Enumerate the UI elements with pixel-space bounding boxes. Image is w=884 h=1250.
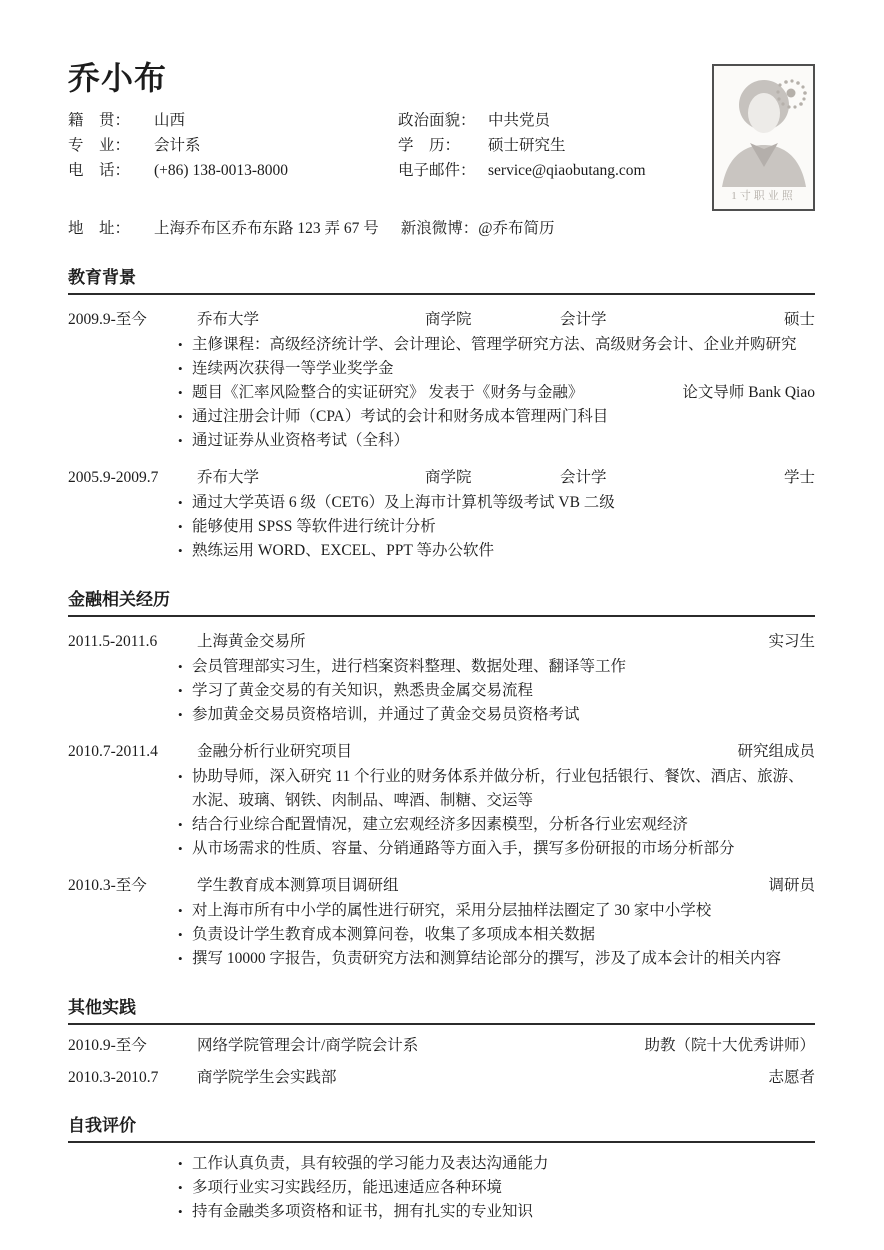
entry-role: 志愿者 xyxy=(768,1066,815,1089)
entry-header-row: 2010.7-2011.4金融分析行业研究项目研究组成员 xyxy=(68,740,815,763)
entry-column: 乔布大学 xyxy=(197,466,425,489)
bullet-text: 题目《汇率风险整合的实证研究》 发表于《财务与金融》 xyxy=(192,381,666,405)
entry-header-row: 2010.3-至今学生教育成本测算项目调研组调研员 xyxy=(68,874,815,897)
entry-column: 商学院 xyxy=(425,466,560,489)
entry-column: 会计学 xyxy=(560,308,784,331)
entry: 2010.3-2010.7商学院学生会实践部志愿者 xyxy=(68,1066,815,1089)
bullet-icon: • xyxy=(178,947,192,971)
entry-date: 2011.5-2011.6 xyxy=(68,630,197,653)
section-self-evaluation: 自我评价•工作认真负责，具有较强的学习能力及表达沟通能力•多项行业实习实践经历，… xyxy=(68,1115,815,1224)
info-row-email: 电子邮件： service@qiaobutang.com xyxy=(398,158,708,183)
field-label: 电子邮件： xyxy=(398,158,488,183)
bullet-item: •工作认真负责，具有较强的学习能力及表达沟通能力 xyxy=(178,1152,815,1176)
bullet-item: •对上海市所有中小学的属性进行研究，采用分层抽样法圈定了 30 家中小学校 xyxy=(178,899,815,923)
bullet-item: •主修课程：高级经济统计学、会计理论、管理学研究方法、高级财务会计、企业并购研究 xyxy=(178,333,815,357)
bullet-text: 协助导师，深入研究 11 个行业的财务体系并做分析，行业包括银行、餐饮、酒店、旅… xyxy=(192,765,815,813)
bullet-text: 持有金融类多项资格和证书，拥有扎实的专业知识 xyxy=(192,1200,815,1224)
bullet-item: •学习了黄金交易的有关知识，熟悉贵金属交易流程 xyxy=(178,679,815,703)
bullet-text: 参加黄金交易员资格培训，并通过了黄金交易员资格考试 xyxy=(192,703,815,727)
bullet-item: •会员管理部实习生，进行档案资料整理、数据处理、翻译等工作 xyxy=(178,655,815,679)
entry: 2010.7-2011.4金融分析行业研究项目研究组成员•协助导师，深入研究 1… xyxy=(68,740,815,861)
contact-info-right: 政治面貌： 中共党员 学 历： 硕士研究生 电子邮件： service@qiao… xyxy=(398,108,708,183)
bullet-icon: • xyxy=(178,1152,192,1176)
entry-header-row: 2009.9-至今乔布大学商学院会计学硕士 xyxy=(68,308,815,331)
bullet-icon: • xyxy=(178,491,192,515)
field-value: 硕士研究生 xyxy=(488,133,566,158)
field-value: 中共党员 xyxy=(488,108,550,133)
section-title: 金融相关经历 xyxy=(68,589,815,617)
bullet-icon: • xyxy=(178,333,192,357)
contact-info: 籍 贯： 山西 专 业： 会计系 电 话： (+86) 138-0013-800… xyxy=(68,108,708,183)
bullet-item: •从市场需求的性质、容量、分销通路等方面入手，撰写多份研报的市场分析部分 xyxy=(178,837,815,861)
bullet-item: •题目《汇率风险整合的实证研究》 发表于《财务与金融》论文导师 Bank Qia… xyxy=(178,381,815,405)
entry-role: 实习生 xyxy=(768,630,815,653)
field-value: @乔布简历 xyxy=(478,216,554,241)
entry-role: 研究组成员 xyxy=(737,740,815,763)
entry-date: 2010.3-2010.7 xyxy=(68,1066,197,1089)
entry-role: 调研员 xyxy=(768,874,815,897)
field-value: 上海乔布区乔布东路 123 弄 67 号 xyxy=(154,216,379,241)
bullet-list: •协助导师，深入研究 11 个行业的财务体系并做分析，行业包括银行、餐饮、酒店、… xyxy=(178,765,815,861)
entry-role: 学士 xyxy=(784,466,815,489)
bullet-icon: • xyxy=(178,357,192,381)
field-label: 地 址： xyxy=(68,216,154,241)
bullet-text: 会员管理部实习生，进行档案资料整理、数据处理、翻译等工作 xyxy=(192,655,815,679)
entry-header-row: 2010.3-2010.7商学院学生会实践部志愿者 xyxy=(68,1066,815,1089)
bullet-list: •通过大学英语 6 级（CET6）及上海市计算机等级考试 VB 二级•能够使用 … xyxy=(178,491,815,563)
bullet-list: •会员管理部实习生，进行档案资料整理、数据处理、翻译等工作•学习了黄金交易的有关… xyxy=(178,655,815,727)
bullet-icon: • xyxy=(178,679,192,703)
info-row-degree: 学 历： 硕士研究生 xyxy=(398,133,708,158)
bullet-item: •通过注册会计师（CPA）考试的会计和财务成本管理两门科目 xyxy=(178,405,815,429)
section-other-practice: 其他实践2010.9-至今网络学院管理会计/商学院会计系助教（院十大优秀讲师）2… xyxy=(68,997,815,1089)
entry: 2010.3-至今学生教育成本测算项目调研组调研员•对上海市所有中小学的属性进行… xyxy=(68,874,815,971)
entry-column: 金融分析行业研究项目 xyxy=(197,740,737,763)
entry: 2009.9-至今乔布大学商学院会计学硕士•主修课程：高级经济统计学、会计理论、… xyxy=(68,308,815,453)
section-finance-experience: 金融相关经历2011.5-2011.6上海黄金交易所实习生•会员管理部实习生，进… xyxy=(68,589,815,971)
section-title: 自我评价 xyxy=(68,1115,815,1143)
bullet-text: 通过大学英语 6 级（CET6）及上海市计算机等级考试 VB 二级 xyxy=(192,491,815,515)
bullet-icon: • xyxy=(178,813,192,837)
section-education: 教育背景2009.9-至今乔布大学商学院会计学硕士•主修课程：高级经济统计学、会… xyxy=(68,267,815,563)
bullet-icon: • xyxy=(178,1200,192,1224)
entry-column: 网络学院管理会计/商学院会计系 xyxy=(197,1034,644,1057)
bullet-icon: • xyxy=(178,923,192,947)
entry: 2005.9-2009.7乔布大学商学院会计学学士•通过大学英语 6 级（CET… xyxy=(68,466,815,563)
bullet-icon: • xyxy=(178,539,192,563)
sections: 教育背景2009.9-至今乔布大学商学院会计学硕士•主修课程：高级经济统计学、会… xyxy=(68,267,815,1224)
field-value: 会计系 xyxy=(154,133,201,158)
bullet-text: 撰写 10000 字报告，负责研究方法和测算结论部分的撰写，涉及了成本会计的相关… xyxy=(192,947,815,971)
entry-role: 硕士 xyxy=(784,308,815,331)
bullet-text: 结合行业综合配置情况，建立宏观经济多因素模型，分析各行业宏观经济 xyxy=(192,813,815,837)
info-row-major: 专 业： 会计系 xyxy=(68,133,398,158)
bullet-text: 能够使用 SPSS 等软件进行统计分析 xyxy=(192,515,815,539)
bullet-list: •对上海市所有中小学的属性进行研究，采用分层抽样法圈定了 30 家中小学校•负责… xyxy=(178,899,815,971)
bullet-text: 连续两次获得一等学业奖学金 xyxy=(192,357,815,381)
bullet-text: 从市场需求的性质、容量、分销通路等方面入手，撰写多份研报的市场分析部分 xyxy=(192,837,815,861)
entry: •工作认真负责，具有较强的学习能力及表达沟通能力•多项行业实习实践经历，能迅速适… xyxy=(68,1152,815,1224)
candidate-name: 乔小布 xyxy=(68,58,815,98)
spacer xyxy=(379,216,401,241)
info-row-address: 地 址： 上海乔布区乔布东路 123 弄 67 号 新浪微博： @乔布简历 xyxy=(68,216,815,241)
bullet-item: •熟练运用 WORD、EXCEL、PPT 等办公软件 xyxy=(178,539,815,563)
bullet-item: •持有金融类多项资格和证书，拥有扎实的专业知识 xyxy=(178,1200,815,1224)
entry-column: 商学院学生会实践部 xyxy=(197,1066,768,1089)
entry-date: 2005.9-2009.7 xyxy=(68,466,197,489)
bullet-item: •通过大学英语 6 级（CET6）及上海市计算机等级考试 VB 二级 xyxy=(178,491,815,515)
bullet-item: •多项行业实习实践经历，能迅速适应各种环境 xyxy=(178,1176,815,1200)
entry-date: 2010.3-至今 xyxy=(68,874,197,897)
bullet-icon: • xyxy=(178,381,192,405)
field-label: 电 话： xyxy=(68,158,154,183)
section-title: 其他实践 xyxy=(68,997,815,1025)
field-label: 学 历： xyxy=(398,133,488,158)
entry-column: 乔布大学 xyxy=(197,308,425,331)
entry-column: 上海黄金交易所 xyxy=(197,630,768,653)
bullet-icon: • xyxy=(178,1176,192,1200)
bullet-text: 工作认真负责，具有较强的学习能力及表达沟通能力 xyxy=(192,1152,815,1176)
bullet-list: •工作认真负责，具有较强的学习能力及表达沟通能力•多项行业实习实践经历，能迅速适… xyxy=(178,1152,815,1224)
entry-column: 会计学 xyxy=(560,466,784,489)
bullet-item: •能够使用 SPSS 等软件进行统计分析 xyxy=(178,515,815,539)
bullet-icon: • xyxy=(178,515,192,539)
bullet-item: •负责设计学生教育成本测算问卷，收集了多项成本相关数据 xyxy=(178,923,815,947)
info-row-phone: 电 话： (+86) 138-0013-8000 xyxy=(68,158,398,183)
bullet-text: 主修课程：高级经济统计学、会计理论、管理学研究方法、高级财务会计、企业并购研究 xyxy=(192,333,815,357)
bullet-right-note: 论文导师 Bank Qiao xyxy=(682,381,815,405)
bullet-text: 对上海市所有中小学的属性进行研究，采用分层抽样法圈定了 30 家中小学校 xyxy=(192,899,815,923)
bullet-icon: • xyxy=(178,765,192,813)
entry: 2011.5-2011.6上海黄金交易所实习生•会员管理部实习生，进行档案资料整… xyxy=(68,630,815,727)
bullet-text: 通过注册会计师（CPA）考试的会计和财务成本管理两门科目 xyxy=(192,405,815,429)
contact-info-left: 籍 贯： 山西 专 业： 会计系 电 话： (+86) 138-0013-800… xyxy=(68,108,398,183)
entry-date: 2010.9-至今 xyxy=(68,1034,197,1057)
bullet-item: •参加黄金交易员资格培训，并通过了黄金交易员资格考试 xyxy=(178,703,815,727)
person-silhouette-icon xyxy=(718,75,810,187)
bullet-text: 通过证券从业资格考试（全科） xyxy=(192,429,815,453)
field-label: 新浪微博： xyxy=(401,216,479,241)
info-row-hometown: 籍 贯： 山西 xyxy=(68,108,398,133)
bullet-icon: • xyxy=(178,405,192,429)
entry-date: 2010.7-2011.4 xyxy=(68,740,197,763)
bullet-list: •主修课程：高级经济统计学、会计理论、管理学研究方法、高级财务会计、企业并购研究… xyxy=(178,333,815,453)
entry-date: 2009.9-至今 xyxy=(68,308,197,331)
bullet-text: 负责设计学生教育成本测算问卷，收集了多项成本相关数据 xyxy=(192,923,815,947)
bullet-icon: • xyxy=(178,837,192,861)
info-row-political-status: 政治面貌： 中共党员 xyxy=(398,108,708,133)
bullet-item: •协助导师，深入研究 11 个行业的财务体系并做分析，行业包括银行、餐饮、酒店、… xyxy=(178,765,815,813)
field-value: 山西 xyxy=(154,108,185,133)
photo-caption: 1寸职业照 xyxy=(731,189,796,203)
bullet-text: 熟练运用 WORD、EXCEL、PPT 等办公软件 xyxy=(192,539,815,563)
field-value: (+86) 138-0013-8000 xyxy=(154,158,288,183)
bullet-icon: • xyxy=(178,899,192,923)
entry-header-row: 2005.9-2009.7乔布大学商学院会计学学士 xyxy=(68,466,815,489)
bullet-text: 学习了黄金交易的有关知识，熟悉贵金属交易流程 xyxy=(192,679,815,703)
entry-role: 助教（院十大优秀讲师） xyxy=(644,1034,815,1057)
section-title: 教育背景 xyxy=(68,267,815,295)
resume-page: 乔小布 籍 贯： 山西 专 业： 会计系 电 话： (+86) 138-0013… xyxy=(0,0,884,1250)
bullet-icon: • xyxy=(178,703,192,727)
bullet-icon: • xyxy=(178,655,192,679)
bullet-item: •连续两次获得一等学业奖学金 xyxy=(178,357,815,381)
entry-column: 商学院 xyxy=(425,308,560,331)
entry-header-row: 2011.5-2011.6上海黄金交易所实习生 xyxy=(68,630,815,653)
entry-header-row: 2010.9-至今网络学院管理会计/商学院会计系助教（院十大优秀讲师） xyxy=(68,1034,815,1057)
entry-column: 学生教育成本测算项目调研组 xyxy=(197,874,768,897)
bullet-item: •通过证券从业资格考试（全科） xyxy=(178,429,815,453)
field-label: 政治面貌： xyxy=(398,108,488,133)
field-value: service@qiaobutang.com xyxy=(488,158,646,183)
field-label: 专 业： xyxy=(68,133,154,158)
bullet-icon: • xyxy=(178,429,192,453)
photo-placeholder: 1寸职业照 xyxy=(712,64,815,211)
bullet-text: 多项行业实习实践经历，能迅速适应各种环境 xyxy=(192,1176,815,1200)
bullet-item: •结合行业综合配置情况，建立宏观经济多因素模型，分析各行业宏观经济 xyxy=(178,813,815,837)
entry: 2010.9-至今网络学院管理会计/商学院会计系助教（院十大优秀讲师） xyxy=(68,1034,815,1057)
field-label: 籍 贯： xyxy=(68,108,154,133)
bullet-item: •撰写 10000 字报告，负责研究方法和测算结论部分的撰写，涉及了成本会计的相… xyxy=(178,947,815,971)
